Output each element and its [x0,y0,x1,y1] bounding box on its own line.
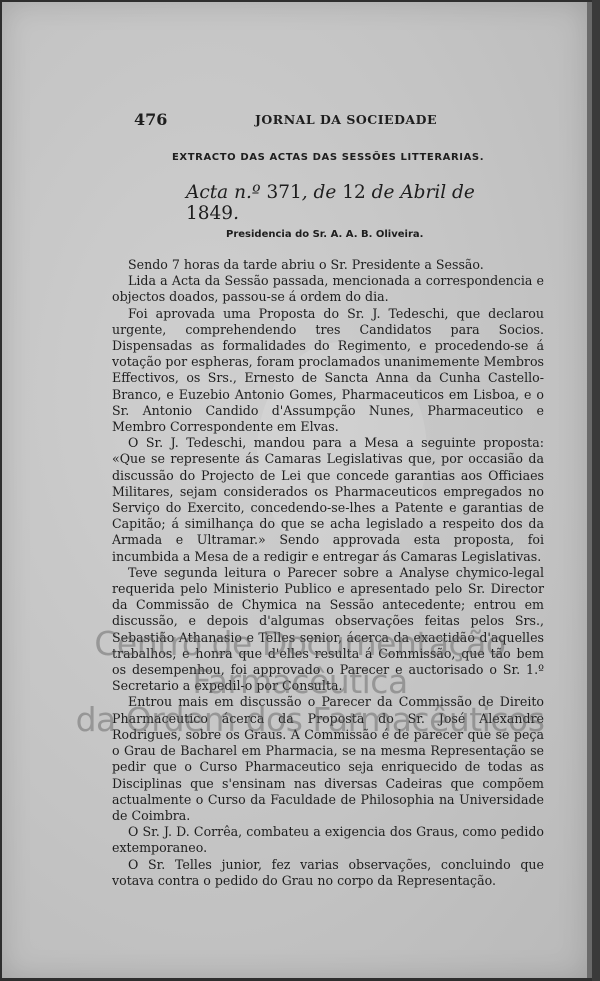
acta-number: 371 [266,182,301,203]
paragraph: O Sr. Telles junior, fez varias observaç… [112,857,544,889]
paragraph: Teve segunda leitura o Parecer sobre a A… [112,565,544,695]
presidencia-line: Presidencia do Sr. A. A. B. Oliveira. [226,229,423,240]
acta-prefix: Acta n.º [186,182,266,203]
paragraph: O Sr. J. Tedeschi, mandou para a Mesa a … [112,435,544,565]
acta-end: . [233,203,239,224]
paragraph: Lida a Acta da Sessão passada, mencionad… [112,273,544,305]
acta-mid2: de Abril de [366,182,475,203]
paragraph: Entrou mais em discussão o Parecer da Co… [112,694,544,824]
page-header: 476 JORNAL DA SOCIEDADE [130,110,515,130]
acta-year: 1849 [186,203,233,224]
paragraph: Foi aprovada uma Proposta do Sr. J. Tede… [112,306,544,436]
page-number: 476 [134,110,167,129]
paragraph: O Sr. J. D. Corrêa, combateu a exigencia… [112,824,544,856]
section-title: EXTRACTO DAS ACTAS DAS SESSÕES LITTERARI… [172,152,484,163]
acta-day: 12 [342,182,366,203]
acta-title: Acta n.º 371, de 12 de Abril de 1849. [186,182,515,224]
paragraph: Sendo 7 horas da tarde abriu o Sr. Presi… [112,257,544,273]
body-text: Sendo 7 horas da tarde abriu o Sr. Presi… [112,257,544,889]
acta-mid1: , de [302,182,342,203]
book-edge [592,0,600,981]
running-head: JORNAL DA SOCIEDADE [255,112,437,127]
